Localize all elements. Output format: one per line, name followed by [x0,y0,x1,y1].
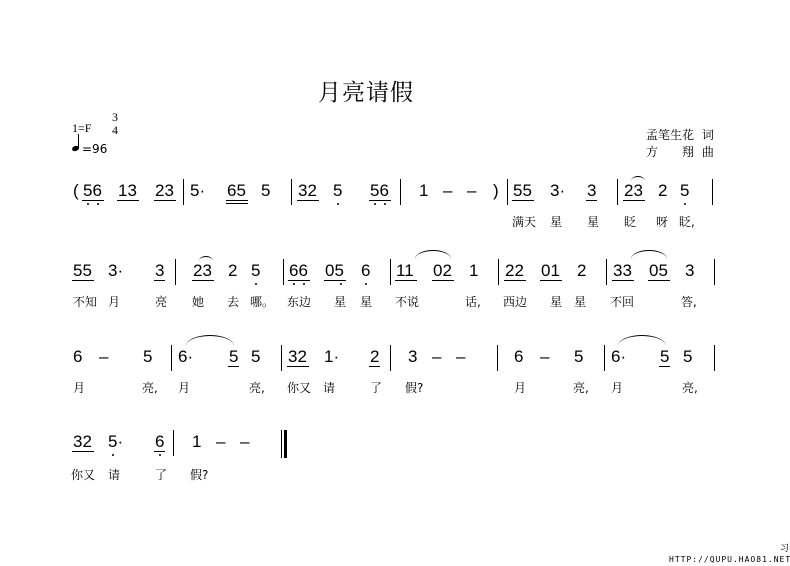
final-barline-thick [284,430,287,458]
note: 32 [288,347,307,367]
lyricist-name: 孟笔生花 [646,127,694,144]
lyric: 亮, [573,381,589,395]
lyric: 了 [370,381,382,395]
barline [497,345,498,371]
lyric: 不知 [73,295,97,309]
note: 3 [408,347,417,367]
slur [618,335,666,346]
note: 56 [83,181,102,201]
note: 23 [193,261,212,281]
lyric: 西边 [503,295,527,309]
note: 3· [550,181,565,201]
lyric: 月 [73,381,85,395]
slur [186,335,234,346]
lyric: 眨, [679,215,695,229]
barline [283,259,284,285]
lyric: 亮, [142,381,158,395]
final-barline-thin [281,430,282,458]
note: 5 [229,347,238,367]
dash: – [240,432,249,452]
note: 2 [370,347,379,367]
quarter-note-head-icon [71,145,79,152]
note: 5· [108,432,123,452]
note: 32 [73,432,92,452]
note: 5 [574,347,583,367]
lyric: 不回 [610,295,634,309]
note: 66 [289,261,308,281]
dash: – [540,347,549,367]
lyric: 了 [155,468,167,482]
lyric: 星 [574,295,586,309]
lyric: 星 [550,215,562,229]
note: 01 [541,261,560,281]
note: 6 [361,261,370,281]
lyric: 哪。 [250,295,274,309]
barline [400,179,401,205]
barline [606,259,607,285]
paren-open: ( [73,181,79,201]
note: 6· [178,347,193,367]
note: 5 [333,181,342,201]
lyric: 请 [323,381,335,395]
note: 3 [587,181,596,201]
barline [175,259,176,285]
barline [390,345,391,371]
watermark-mark: 习 [780,541,789,554]
note: 11 [396,261,414,281]
slur [415,250,451,259]
lyric: 满天 [512,215,536,229]
note: 55 [513,181,532,201]
note: 1· [324,347,339,367]
note: 5 [251,347,260,367]
barline [183,179,184,205]
note: 5· [190,181,205,201]
note: 2 [228,261,237,281]
lyric: 答, [681,295,697,309]
note: 3 [685,261,694,281]
note: 23 [624,181,643,201]
song-title: 月亮请假 [318,74,414,107]
barline [714,345,715,371]
composer-role: 曲 [702,144,714,161]
lyricist-credit: 孟笔生花 词 [646,127,714,144]
lyric: 话, [465,295,481,309]
lyric: 请 [108,468,120,482]
barline [507,179,508,205]
lyric: 星 [550,295,562,309]
barline [604,345,605,371]
note: 05 [325,261,344,281]
barline [291,179,292,205]
note: 5 [261,181,270,201]
watermark-url: HTTP://QUPU.HAO81.NET [669,555,790,564]
note: 6 [73,347,82,367]
note: 5 [660,347,669,367]
note: 3· [108,261,123,281]
lyric: 亮, [682,381,698,395]
dash: – [216,432,225,452]
lyric: 去 [227,295,239,309]
barline [714,259,715,285]
note: 2 [577,261,586,281]
note: 13 [118,181,137,201]
barline [617,179,618,205]
lyric: 你又 [71,468,95,482]
note: 22 [505,261,524,281]
note: 5 [251,261,260,281]
dash: – [467,181,476,201]
dash: – [456,347,465,367]
tempo-value: =96 [82,142,107,156]
note: 65 [227,181,246,201]
barline [712,179,713,205]
composer-credit: 方 翔 曲 [646,144,714,161]
slur [631,250,667,259]
note: 23 [155,181,174,201]
note: 55 [73,261,92,281]
lyric: 星 [587,215,599,229]
note: 5 [683,347,692,367]
paren-close: ) [493,181,499,201]
lyric: 星 [360,295,372,309]
lyric: 她 [192,295,204,309]
note: 1 [192,432,201,452]
note: 05 [649,261,668,281]
barline [498,259,499,285]
lyric: 月 [514,381,526,395]
lyric: 月 [108,295,120,309]
note: 6 [155,432,164,452]
note: 5 [143,347,152,367]
lyric: 亮 [155,295,167,309]
lyricist-role: 词 [702,127,714,144]
lyric: 月 [611,381,623,395]
dash: – [99,347,108,367]
note: 33 [613,261,632,281]
note: 1 [469,261,478,281]
lyric: 呀 [656,215,668,229]
note: 2 [658,181,667,201]
lyric: 亮, [249,381,265,395]
note: 1 [419,181,428,201]
barline [171,345,172,371]
note: 6· [611,347,626,367]
note: 5 [680,181,689,201]
lyric: 你又 [287,381,311,395]
note: 6 [514,347,523,367]
lyric: 眨 [624,215,636,229]
lyric: 星 [334,295,346,309]
lyric: 月 [178,381,190,395]
dash: – [432,347,441,367]
note: 3 [155,261,164,281]
note: 02 [433,261,452,281]
dash: – [443,181,452,201]
barline [281,345,282,371]
note: 32 [298,181,317,201]
lyric: 不说 [395,295,419,309]
credits: 孟笔生花 词 方 翔 曲 [646,127,714,161]
barline [390,259,391,285]
barline [173,430,174,456]
lyric: 东边 [287,295,311,309]
lyric: 假? [190,468,208,482]
note: 56 [370,181,389,201]
lyric: 假? [405,381,423,395]
time-signature: 3 4 [109,111,121,137]
composer-name: 方 翔 [646,144,694,161]
key-signature: 1=F [72,121,91,136]
time-signature-bottom: 4 [109,124,121,137]
